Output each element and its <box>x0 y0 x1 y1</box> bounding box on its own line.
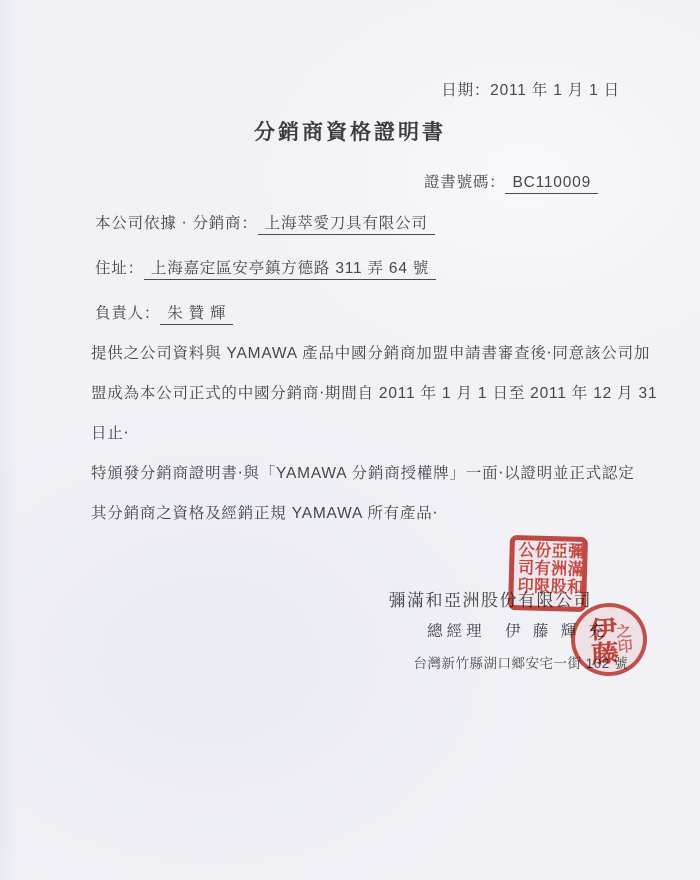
scanned-certificate-page: 日期：2011 年 1 月 1 日 分銷商資格證明書 證書號碼：BC110009… <box>0 0 700 880</box>
certificate-number-line: 證書號碼：BC110009 <box>424 170 598 192</box>
date-line: 日期：2011 年 1 月 1 日 <box>441 78 620 100</box>
distributor-label: 本公司依據 ‧ 分銷商： <box>95 215 258 232</box>
distributor-value: 上海萃愛刀具有限公司 <box>258 215 435 235</box>
personal-seal-text: 伊藤 <box>583 615 616 665</box>
field-manager: 負責人：朱 贊 輝 <box>95 301 233 323</box>
manager-value: 朱 贊 輝 <box>160 305 233 325</box>
paragraph1-line3: 日止‧ <box>91 421 620 443</box>
paragraph2-line1: 特頒發分銷商證明書‧與「YAMAWA 分銷商授權牌」一面‧以證明並正式認定 <box>91 461 620 483</box>
address-value: 上海嘉定區安亭鎮方德路 311 弄 64 號 <box>144 260 436 280</box>
paragraph2-line2: 其分銷商之資格及經銷正規 YAMAWA 所有產品‧ <box>91 501 620 523</box>
paragraph1-line2: 盟成為本公司正式的中國分銷商‧期間自 2011 年 1 月 1 日至 2011 … <box>91 381 620 403</box>
field-distributor: 本公司依據 ‧ 分銷商：上海萃愛刀具有限公司 <box>95 211 435 233</box>
paragraph1-line1: 提供之公司資料與 YAMAWA 產品中國分銷商加盟申請書審查後‧同意該公司加 <box>91 341 620 363</box>
address-label: 住址： <box>95 260 144 277</box>
certificate-number-value: BC110009 <box>505 174 598 194</box>
company-seal-text: 彌滿和亞洲股份有限公司印 <box>514 540 582 607</box>
field-address: 住址：上海嘉定區安亭鎮方德路 311 弄 64 號 <box>95 256 436 278</box>
certificate-number-label: 證書號碼： <box>424 174 506 191</box>
manager-label: 負責人： <box>95 305 160 322</box>
page-title: 分銷商資格證明書 <box>0 116 700 146</box>
company-seal-stamp: 彌滿和亞洲股份有限公司印 <box>508 535 588 612</box>
